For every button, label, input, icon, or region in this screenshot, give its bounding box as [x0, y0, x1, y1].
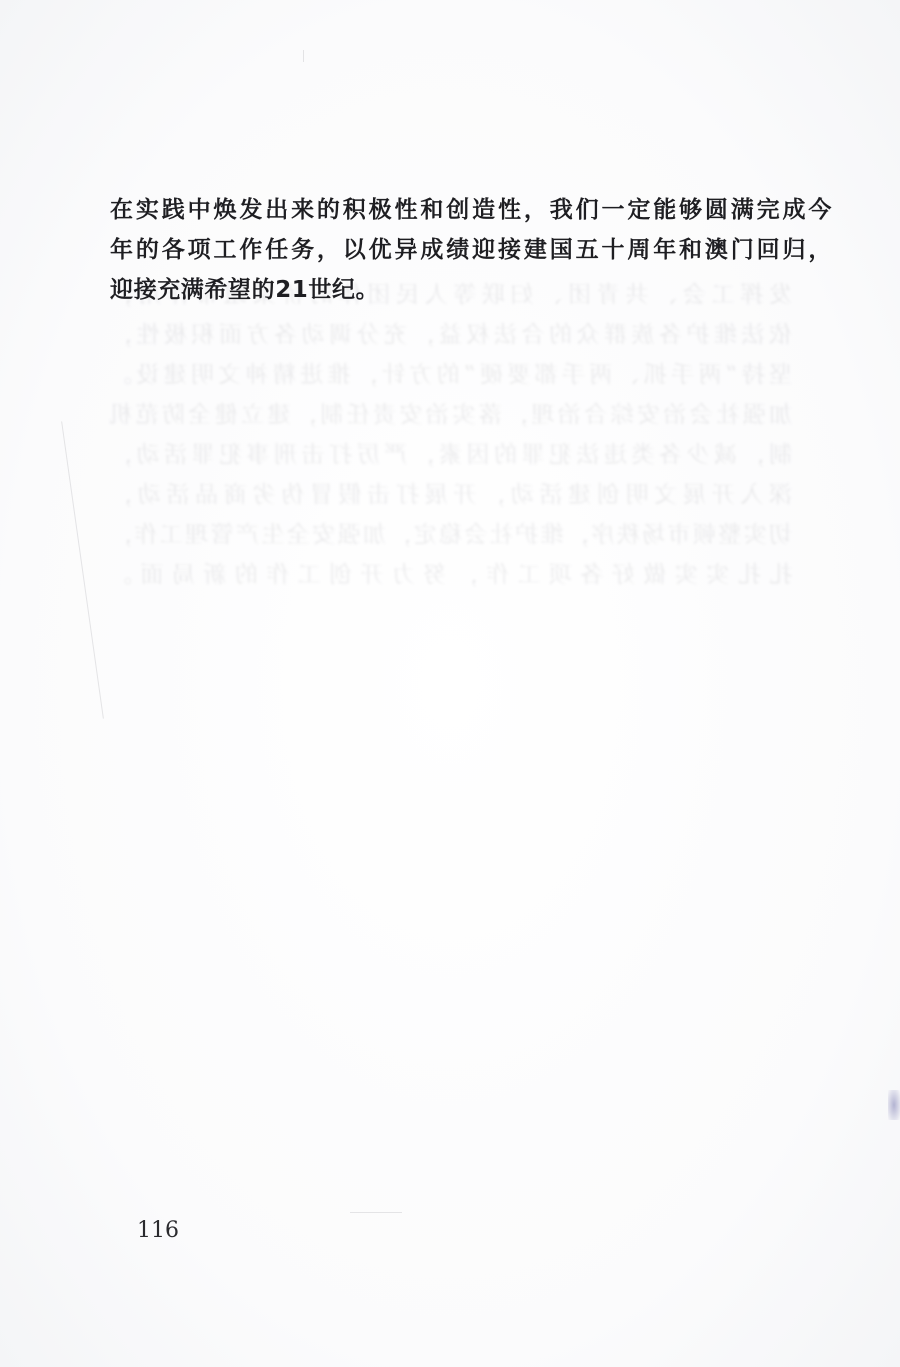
body-line-3: 迎接充满希望的21世纪。: [110, 270, 832, 310]
body-line-2: 年的各项工作任务，以优异成绩迎接建国五十周年和澳门回归，: [110, 230, 832, 270]
bleed-line: 加强社会治安综合治理，落实治安责任制，建立健全防范机: [108, 395, 838, 435]
scan-artifact-line: [61, 421, 104, 718]
scan-edge-smudge: [888, 1090, 900, 1120]
bleed-line: 深入开展文明创建活动，开展打击假冒伪劣商品活动，: [108, 475, 838, 515]
bleed-line: 制，减少各类违法犯罪的因素，严厉打击刑事犯罪活动，: [108, 435, 838, 475]
bleed-line: 依法维护各族群众的合法权益，充分调动各方面积极性，: [108, 315, 838, 355]
bleed-line: 坚持“两手抓、两手都要硬”的方针，推进精神文明建设。: [108, 355, 838, 395]
reverse-side-bleed-through: 发挥工会、共青团、妇联等人民团体的桥梁纽带作用， 依法维护各族群众的合法权益，充…: [108, 275, 838, 595]
body-line-1: 在实践中焕发出来的积极性和创造性，我们一定能够圆满完成今: [110, 190, 832, 230]
bleed-line: 扎扎实实做好各项工作，努力开创工作的新局面。: [108, 555, 838, 595]
page-number: 116: [137, 1218, 179, 1243]
book-page: 发挥工会、共青团、妇联等人民团体的桥梁纽带作用， 依法维护各族群众的合法权益，充…: [0, 0, 900, 1367]
scan-artifact-dash: [350, 1212, 402, 1213]
scan-artifact-tick: [303, 50, 304, 62]
bleed-line: 切实整顿市场秩序，维护社会稳定，加强安全生产管理工作，: [108, 515, 838, 555]
body-paragraph: 在实践中焕发出来的积极性和创造性，我们一定能够圆满完成今 年的各项工作任务，以优…: [110, 190, 832, 310]
